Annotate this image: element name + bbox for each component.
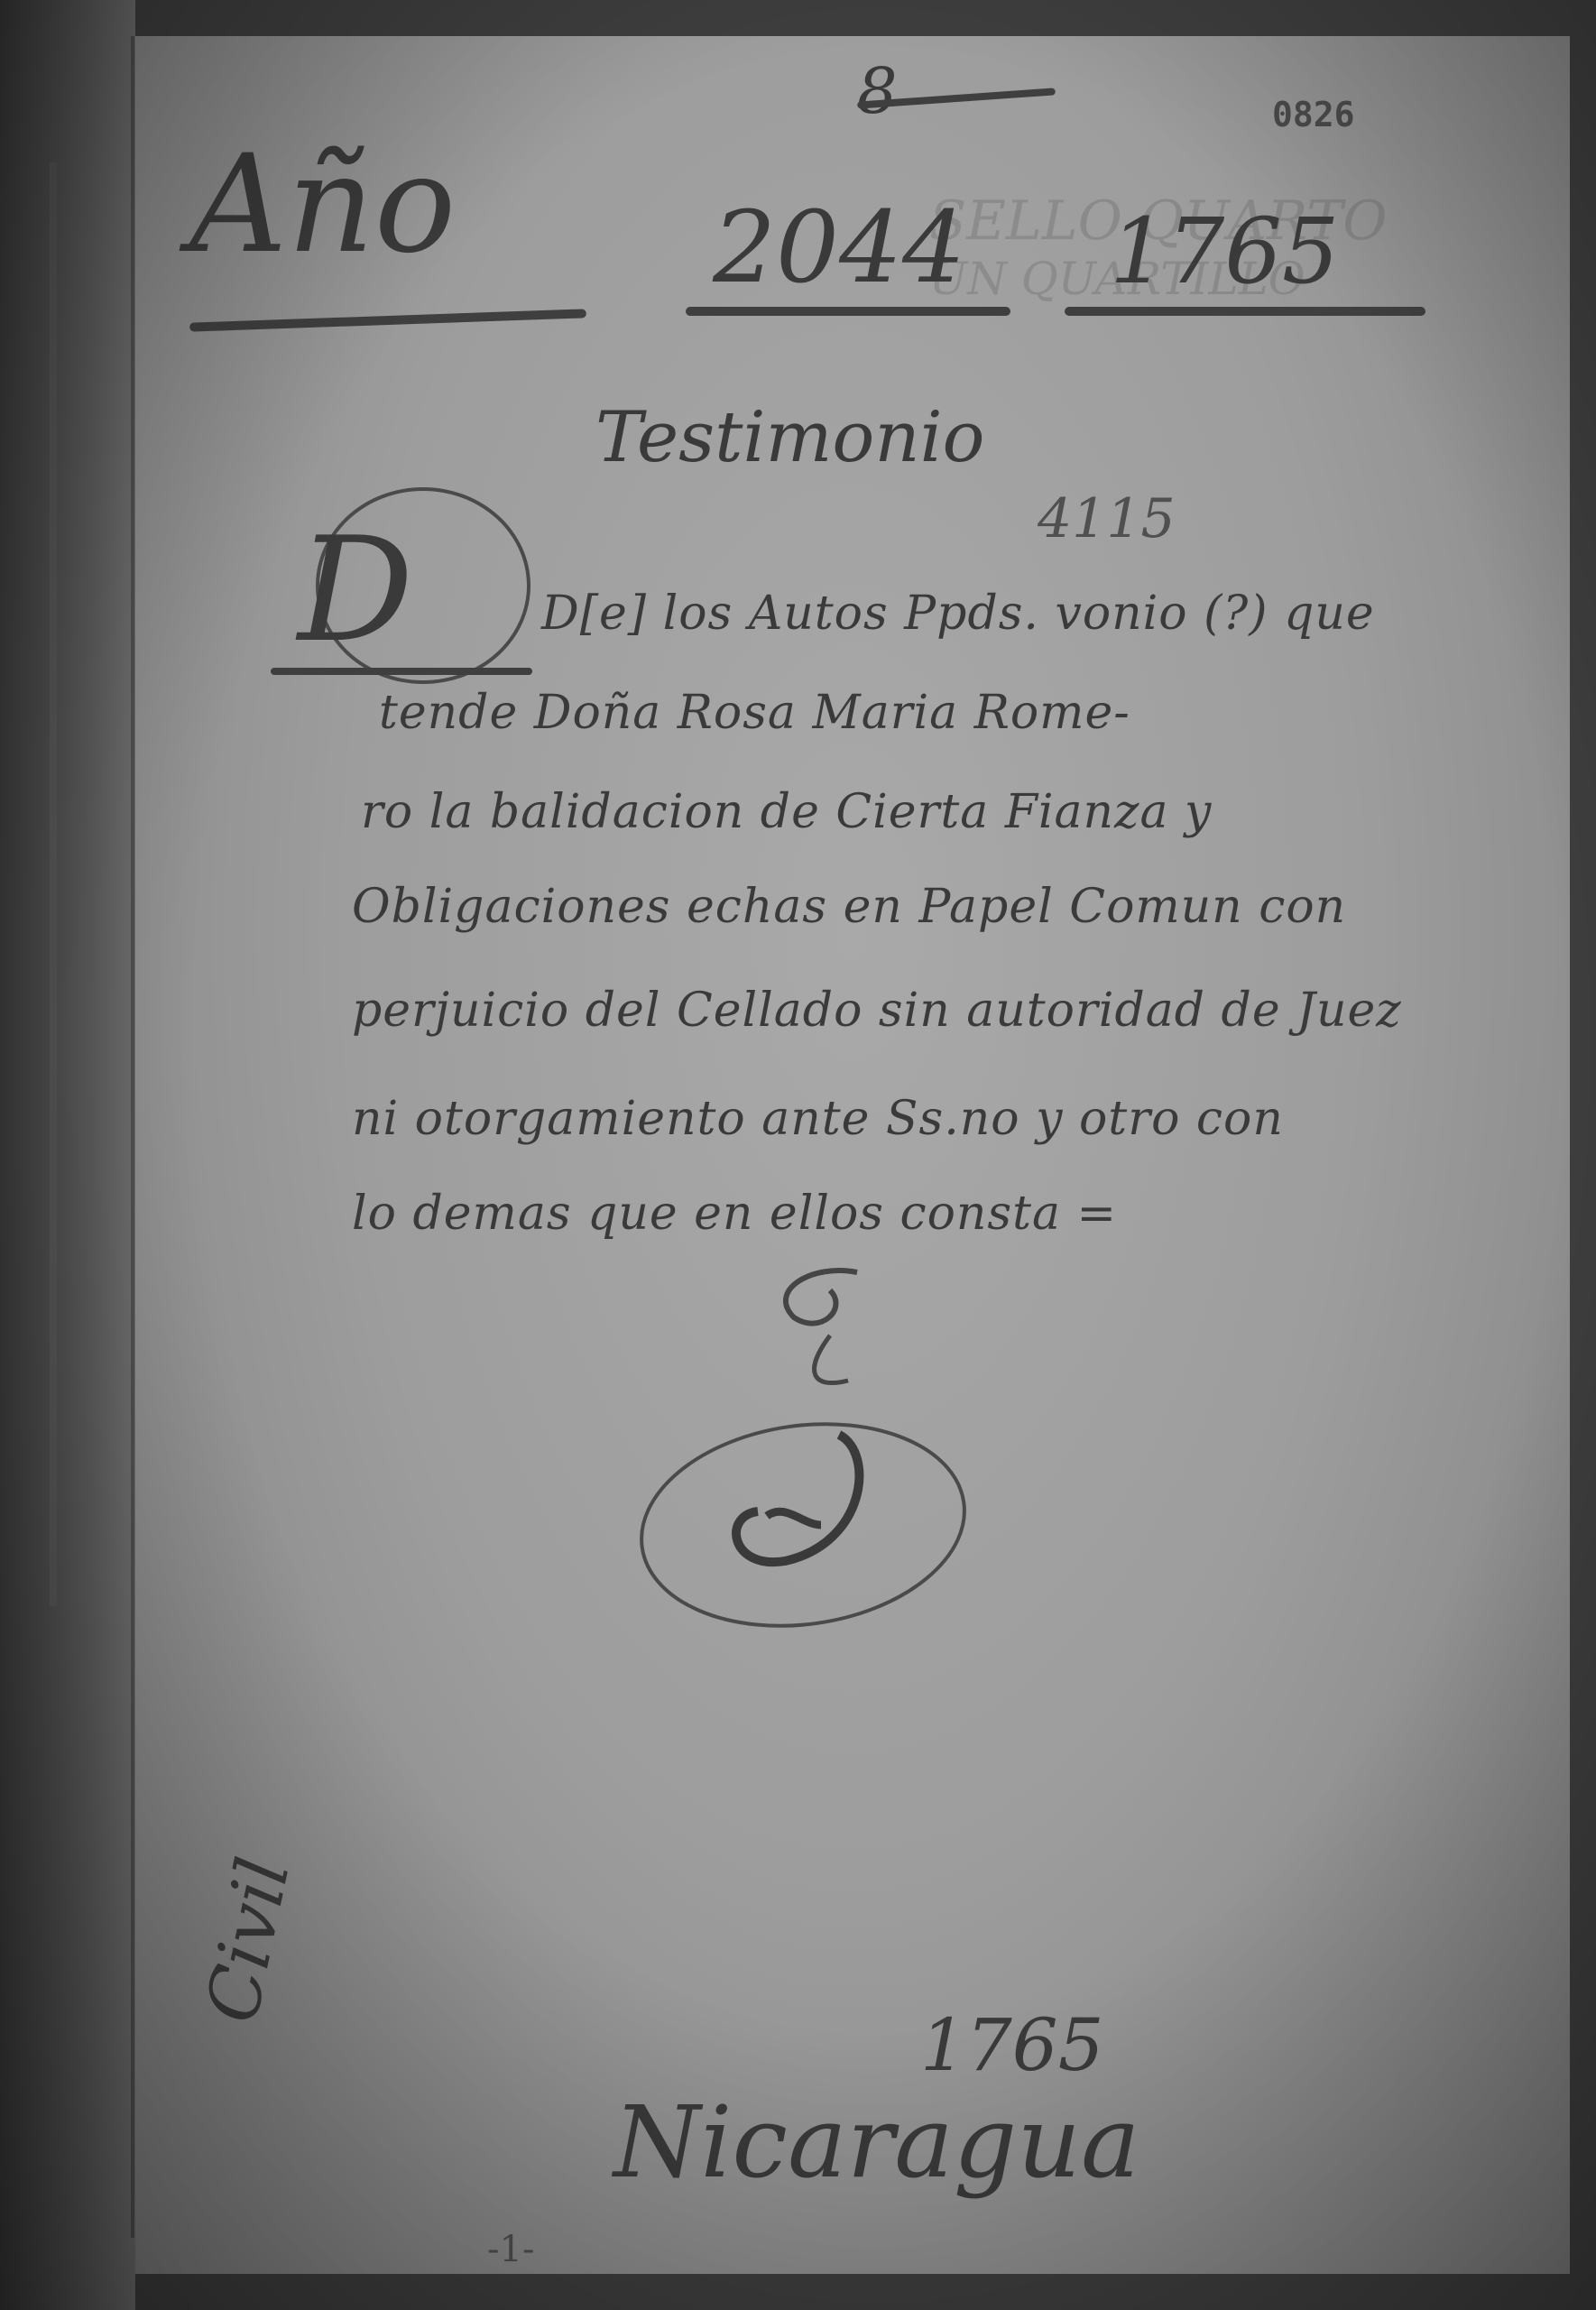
header-underline (686, 307, 1010, 316)
binding-edge (0, 0, 135, 2310)
header-underline (1065, 307, 1425, 316)
header-reference: 2044 (713, 189, 965, 305)
body-line-5: perjuicio del Cellado sin autoridad de J… (352, 984, 1402, 1038)
body-line-6: ni otorgamiento ante Ss.no y otro con (352, 1092, 1284, 1146)
body-line-2: tende Doña Rosa Maria Rome- (379, 686, 1130, 740)
binding-thread-line (50, 162, 57, 1606)
body-line-4: Obligaciones echas en Papel Comun con (352, 880, 1346, 934)
body-line-1: D[e] los Autos Ppds. vonio (?) que (541, 587, 1375, 641)
footer-year: 1765 (920, 2003, 1104, 2087)
rubric-flourish-icon (632, 1254, 1010, 1637)
body-line-3: ro la balidacion de Cierta Fianza y (361, 785, 1212, 839)
body-line-7: lo demas que en ellos consta = (352, 1187, 1117, 1241)
header-ano-mark: Año (189, 126, 456, 283)
archive-number: 0826 (1272, 95, 1355, 134)
marginal-folio-note: 4115 (1038, 487, 1176, 550)
margin-note-civil: Civil (189, 1851, 306, 2030)
header-year: 1765 (1110, 199, 1340, 304)
margin-ruling-line (131, 36, 134, 2238)
page-number: -1- (487, 2229, 534, 2270)
header-underline (189, 309, 586, 331)
footer-place: Nicaragua (613, 2084, 1140, 2200)
initial-letter: D (298, 505, 413, 674)
folio-mark: 8 (857, 54, 898, 128)
initial-underline (271, 668, 532, 675)
document-title: Testimonio (595, 397, 985, 478)
manuscript-page: SELLO QUARTO UN QUARTILLO 0826 8 Año 204… (135, 36, 1570, 2274)
